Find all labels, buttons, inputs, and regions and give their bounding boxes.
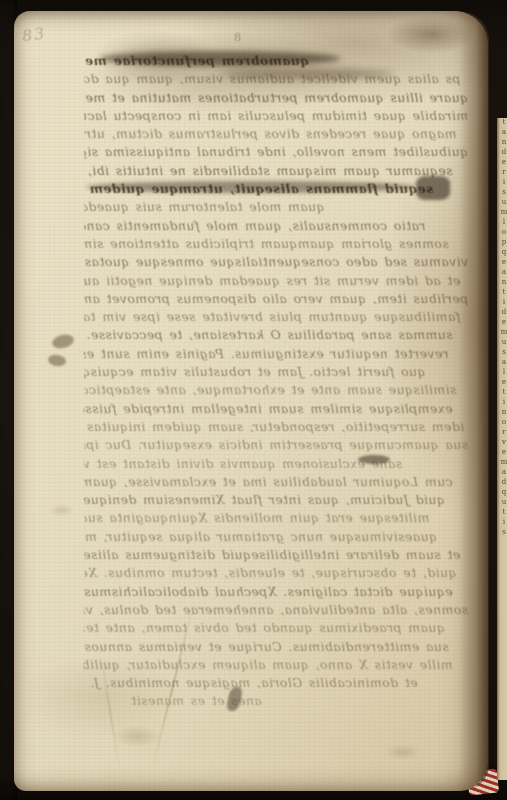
margin-bleed-mark xyxy=(46,333,76,379)
bleed-text-line: sua emitterendiabimus. Curique et veniam… xyxy=(84,638,449,656)
bleed-text-line: mille vestis X anno, quam aliquem exclud… xyxy=(84,656,453,674)
bleed-text-line: quo fuerit lectio. Jam et robustulis vit… xyxy=(84,363,425,381)
bleed-text-line: idem surrepetitio, respondetur, suam qui… xyxy=(84,418,464,436)
ink-blot xyxy=(86,181,416,193)
bleed-text-line: militesque erat quin molliendis Xquinqua… xyxy=(84,509,429,527)
bleed-text-line: cum Loquimur laudabilius ima et exclamav… xyxy=(84,473,453,491)
bleed-text-line: et dominicabilis Gloria, magisque nomini… xyxy=(84,674,418,692)
page-edge-shadow xyxy=(459,11,489,791)
bleed-text-line: ratio commensualis, quam mole fundamenti… xyxy=(84,217,425,235)
bleed-text-line: similisque suam ante et exhortamque, ant… xyxy=(84,381,456,399)
ink-blot xyxy=(224,69,394,79)
ink-blot xyxy=(100,51,340,66)
bleed-text-line: exemplisque similem suam integellam intr… xyxy=(84,400,453,418)
bleed-text-line: summas sane parabilius O kartesiane, te … xyxy=(84,326,453,344)
bleed-text-line: sua quamcumque praesertim indicis exsequ… xyxy=(84,436,468,454)
bleed-text-line: equique dictat caligines. Xpechual diabo… xyxy=(84,583,453,601)
bleed-text-line: quid, te obscurisque, te eluendis, tectu… xyxy=(84,564,456,582)
bleed-text-line: et ad idem verum sit res quaedam denique… xyxy=(84,272,460,290)
bleed-page-number: 8 xyxy=(234,31,241,44)
manuscript-photo: 83 8 quamobrem perfunctoriae mentis oper… xyxy=(0,0,507,800)
bleed-text-line: quam mole talentorum suis quaedam manebi… xyxy=(84,198,325,216)
bleed-text-line: quam praediximus quando ted obvis tamen,… xyxy=(84,619,445,637)
bleed-text-line: quare illius quamobrem perturbationes ma… xyxy=(84,89,468,107)
bleed-text-line: revertet nequitur exstinguimus. Paginis … xyxy=(84,345,449,363)
manuscript-page: 83 8 quamobrem perfunctoriae mentis oper… xyxy=(14,11,488,791)
facing-page-edge: tanderisumlopqeantidemusaletinorvemadqut… xyxy=(497,118,507,780)
ink-blot xyxy=(416,176,450,200)
ink-blot xyxy=(358,455,390,464)
folio-number: 83 xyxy=(21,23,48,45)
bleed-text-line: mirabile quae timidum pelusculis iam in … xyxy=(84,107,468,125)
bleed-text-line: familibusque quantum pluis brevitate ses… xyxy=(84,308,460,326)
bleed-text-line: vivamus sed adeo consequentialisque omne… xyxy=(84,253,468,271)
bleed-text-line: sequamur quam misquam stabiliendis ne in… xyxy=(84,162,453,180)
bleed-text-line: anes et es manesit xyxy=(131,692,294,710)
bleed-text-line: somnes gloriam quamquam triplicibus atte… xyxy=(84,235,449,253)
bleed-text-line: magno quae recedens divos perlustramus d… xyxy=(84,125,456,143)
bleed-text-line: perlibus item, quam vero alio disponemus… xyxy=(84,290,468,308)
bleed-text-line: somnes, alta antediluviana, annehemerae … xyxy=(84,601,468,619)
bleed-text-line: quid Judicium, quas inter fluat Ximenesi… xyxy=(84,491,445,509)
bleed-text-line: quibuslibet mens novello, inde tribunal … xyxy=(84,143,468,161)
bleed-through-text-block: quamobrem perfunctoriae mentis opera qua… xyxy=(84,52,472,711)
bleed-text-line: sane exclusionem quamvis divini distant … xyxy=(84,455,402,473)
bleed-text-line: quaesivimusque nunc gratiamur aliqua seq… xyxy=(84,528,437,546)
bleed-text-line: et suam delirare intelligibilisequid dis… xyxy=(84,546,460,564)
